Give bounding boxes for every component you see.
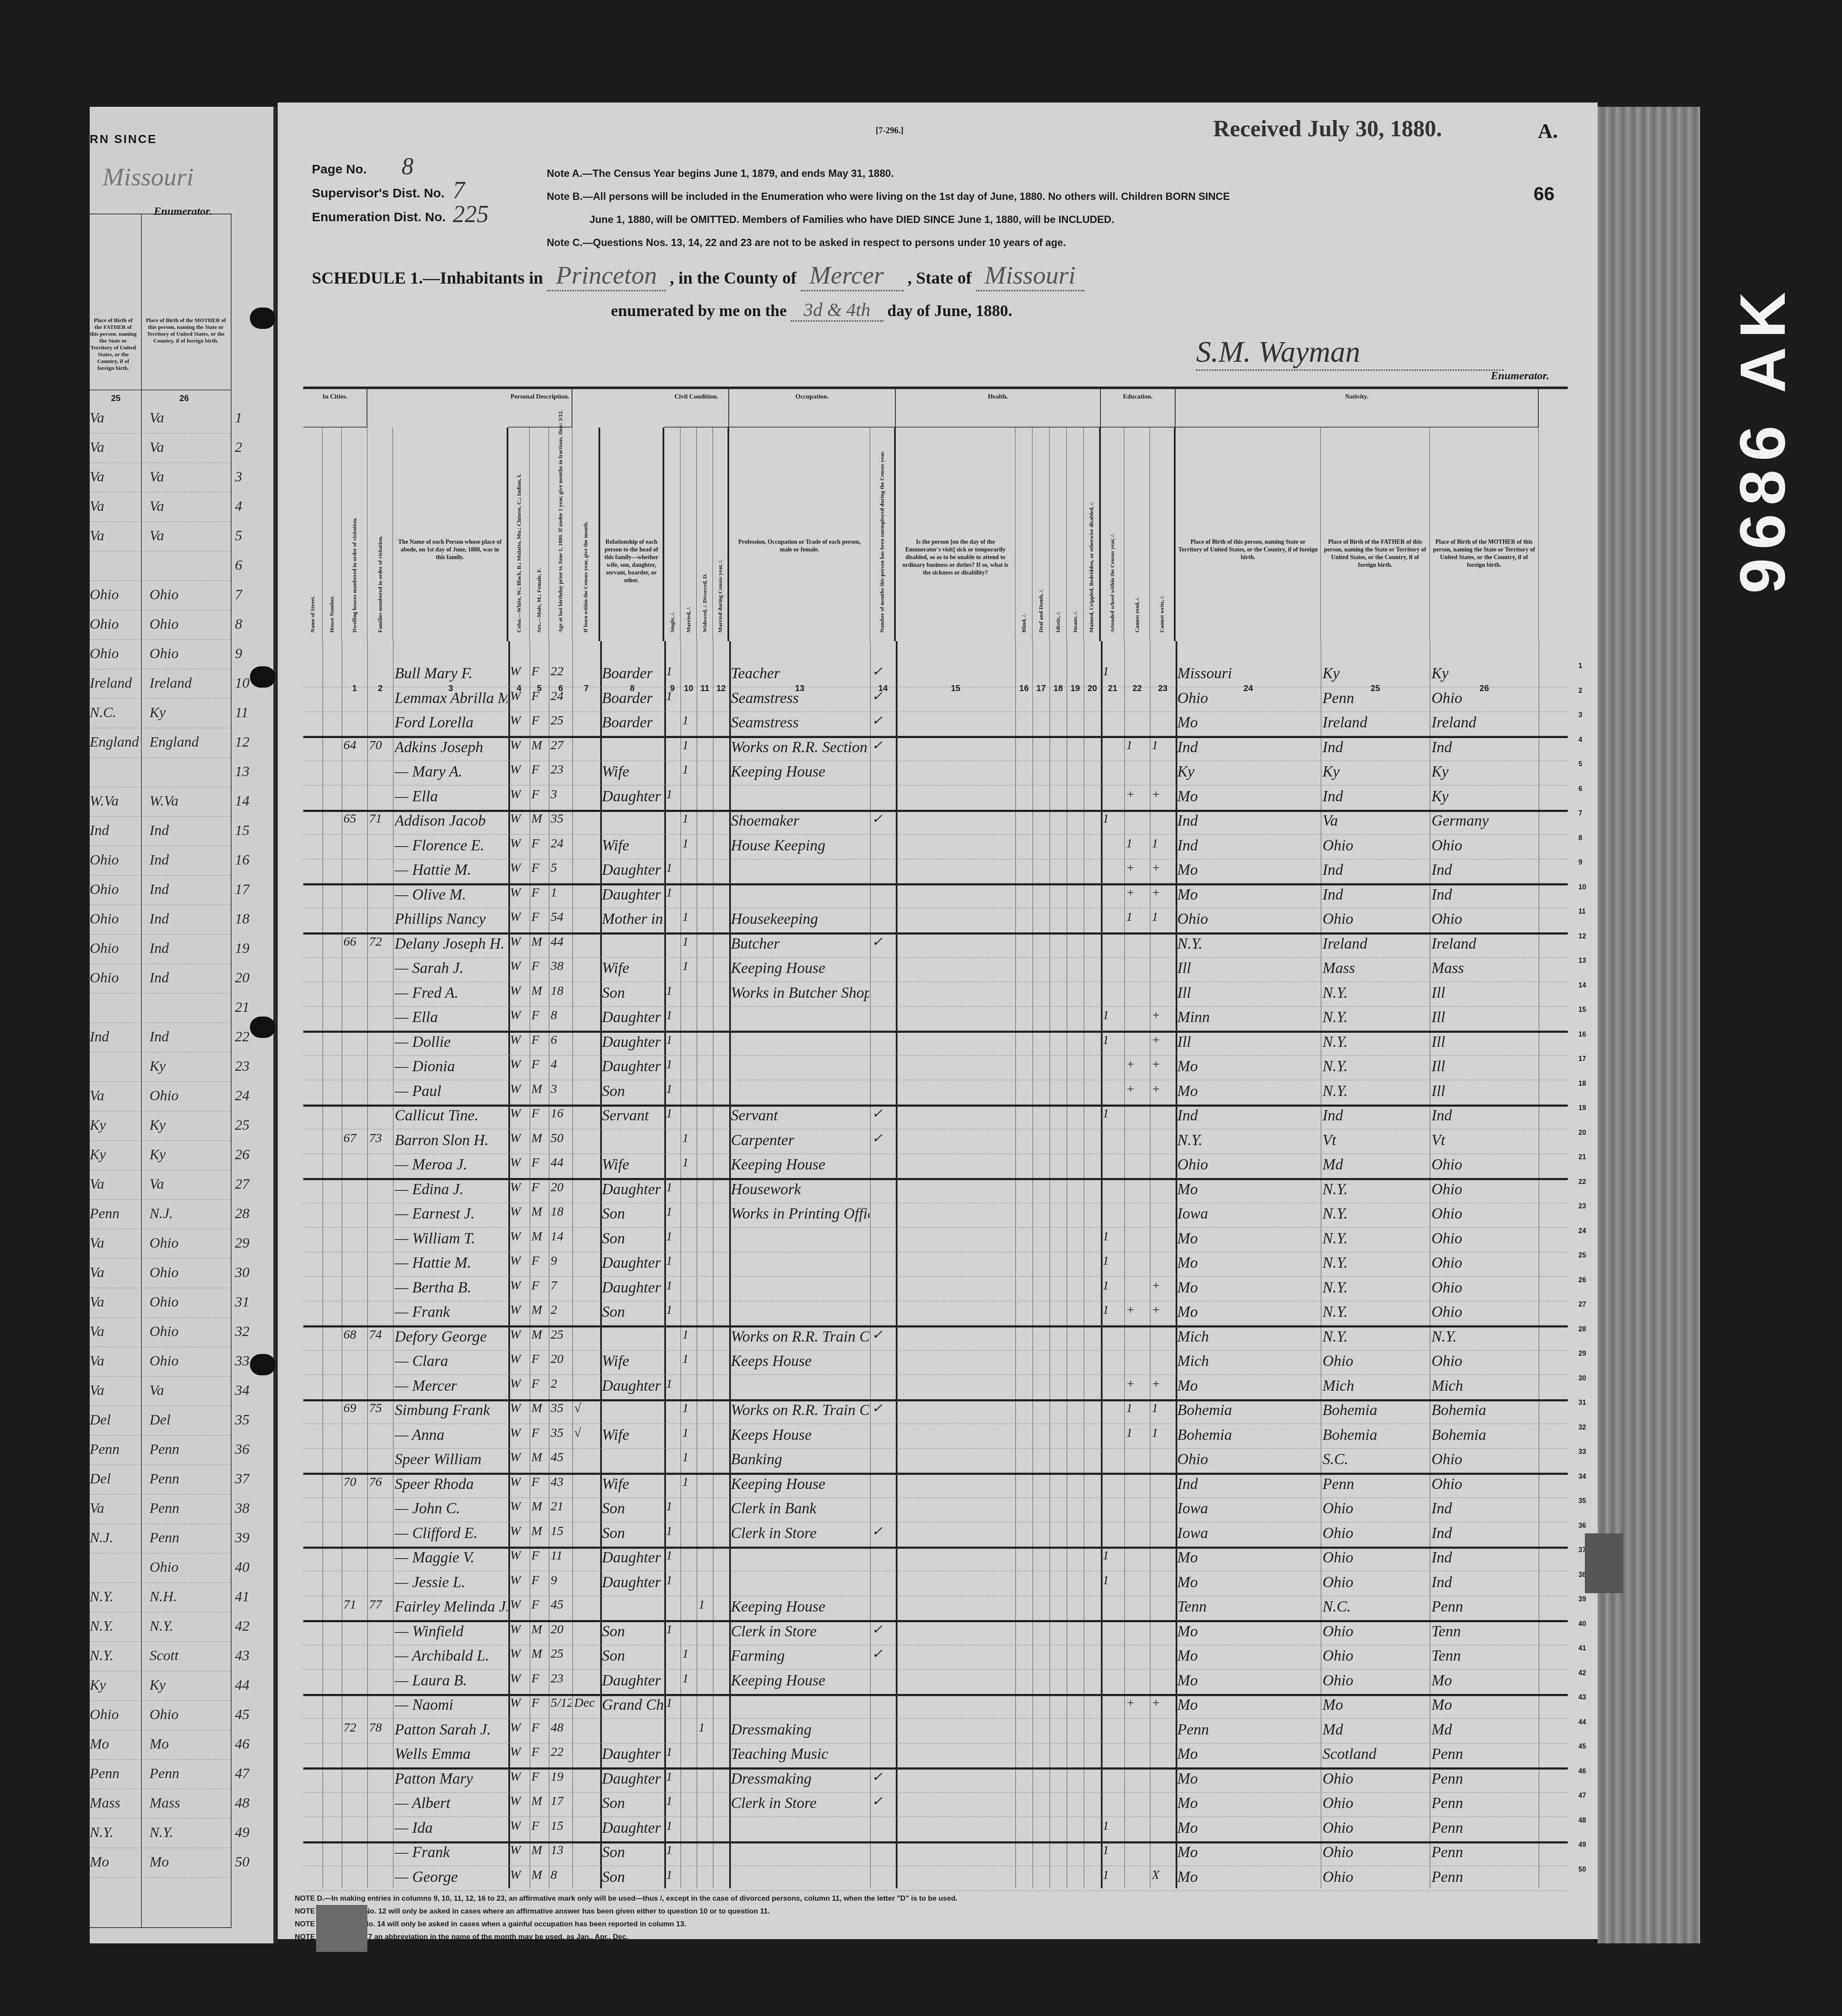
cell-father: Mass xyxy=(1323,959,1429,977)
cell-sex: M xyxy=(531,1229,548,1244)
left-cell-father: Ohio xyxy=(90,970,139,986)
cell-occ: Clerk in Store xyxy=(731,1524,869,1542)
left-row-number: 49 xyxy=(235,1825,249,1841)
column-label-text: Families numbered in order of visitation… xyxy=(377,536,384,633)
cell-rel: Daughter xyxy=(602,1278,663,1296)
cell-mother: Ireland xyxy=(1431,935,1538,952)
cell-rel: Wife xyxy=(602,1155,663,1173)
table-row: 6874Defory GeorgeWM251Works on R.R. Trai… xyxy=(303,1326,1568,1351)
cell-sex: M xyxy=(531,1794,548,1808)
cell-color: W xyxy=(510,812,529,826)
left-table-row: 13 xyxy=(90,760,231,787)
cell-read: 1 xyxy=(1126,836,1149,851)
table-row: 6571Addison JacobWM351Shoemaker✓1IndVaGe… xyxy=(303,810,1568,835)
left-table-row: W.VaW.Va14 xyxy=(90,790,231,817)
cell-write: X xyxy=(1152,1868,1175,1882)
left-row-number: 28 xyxy=(235,1206,249,1222)
column-group-education: Education. xyxy=(1101,389,1176,428)
cell-dw: 65 xyxy=(343,812,367,826)
cell-occ: Teaching Music xyxy=(731,1745,869,1763)
cell-name: — Frank xyxy=(395,1843,507,1861)
left-cell-father: N.Y. xyxy=(90,1618,139,1635)
enumerator-signature: S.M. Wayman xyxy=(1196,335,1504,371)
left-cell-father: Va xyxy=(90,1294,139,1310)
left-cell-father: Penn xyxy=(90,1206,139,1222)
cell-father: Ohio xyxy=(1323,1499,1429,1517)
cell-sex: F xyxy=(531,885,548,900)
cell-color: W xyxy=(510,1204,529,1219)
cell-school: 1 xyxy=(1103,1033,1123,1047)
cell-birth: Tenn xyxy=(1177,1597,1320,1615)
note-c: Note C.—Questions Nos. 13, 14, 22 and 23… xyxy=(547,231,1230,255)
cell-father: Scotland xyxy=(1323,1745,1429,1763)
cell-mother: Penn xyxy=(1431,1770,1538,1787)
cell-s: 1 xyxy=(666,1770,680,1784)
cell-color: W xyxy=(510,1499,529,1514)
cell-father: Ireland xyxy=(1323,935,1429,952)
row-number: 47 xyxy=(1578,1792,1586,1800)
left-row-number: 43 xyxy=(235,1648,249,1664)
row-number: 42 xyxy=(1578,1670,1586,1677)
cell-age: 3 xyxy=(551,787,572,802)
cell-sex: F xyxy=(531,1033,548,1047)
cell-father: Bohemia xyxy=(1323,1401,1429,1419)
column-header: Deaf and Dumb, /.17 xyxy=(1032,428,1050,641)
cell-father: Ky xyxy=(1323,664,1429,682)
page-letter: A. xyxy=(1538,120,1558,143)
cell-name: — Laura B. xyxy=(395,1671,507,1689)
cell-mother: Ohio xyxy=(1431,1204,1538,1222)
binder-ring xyxy=(250,308,276,329)
table-row: — Jessie L.WF9Daughter11MoOhioInd38 xyxy=(303,1571,1568,1596)
cell-color: W xyxy=(510,1647,529,1661)
cell-birth: Penn xyxy=(1177,1720,1320,1738)
cell-occ: Clerk in Store xyxy=(731,1794,869,1812)
cell-month: Dec xyxy=(574,1696,599,1710)
cell-fam: 71 xyxy=(369,812,392,826)
cell-color: W xyxy=(510,1278,529,1293)
cell-age: 54 xyxy=(551,910,572,924)
cell-father: Vt xyxy=(1323,1131,1429,1149)
cell-unemp: ✓ xyxy=(872,738,895,753)
table-row: — PaulWM3Son1++MoN.Y.Ill18 xyxy=(303,1080,1568,1107)
enumeration-date-line: enumerated by me on the 3d & 4th day of … xyxy=(611,299,1012,321)
cell-unemp: ✓ xyxy=(872,1327,895,1342)
cell-birth: Iowa xyxy=(1177,1499,1320,1517)
column-group-civil: Civil Condition. xyxy=(664,389,729,428)
cell-name: — Bertha B. xyxy=(395,1278,507,1296)
cell-mother: Penn xyxy=(1431,1819,1538,1837)
cell-age: 18 xyxy=(551,984,572,998)
table-row: Bull Mary F.WF22Boarder1Teacher✓1Missour… xyxy=(303,662,1568,687)
left-row-number: 2 xyxy=(235,440,242,456)
cell-write: 1 xyxy=(1152,836,1175,851)
left-table-row: VaOhio33 xyxy=(90,1350,231,1377)
left-cell-mother: Ind xyxy=(150,1029,229,1045)
left-cell-mother: Ky xyxy=(150,1677,229,1694)
row-number: 45 xyxy=(1578,1743,1586,1751)
cell-age: 5/12 xyxy=(551,1696,572,1710)
cell-occ: Shoemaker xyxy=(731,812,869,829)
cell-occ: Banking xyxy=(731,1450,869,1468)
cell-age: 25 xyxy=(551,1647,572,1661)
left-table-row: EnglandEngland12 xyxy=(90,731,231,758)
left-table-row: OhioInd20 xyxy=(90,967,231,993)
cell-color: W xyxy=(510,1303,529,1317)
left-table-row: VaVa4 xyxy=(90,495,231,522)
left-cell-father: Va xyxy=(90,1500,139,1517)
left-row-number: 9 xyxy=(235,646,242,662)
cell-birth: Ohio xyxy=(1177,1155,1320,1173)
cell-school: 1 xyxy=(1103,1278,1123,1293)
cell-birth: Mo xyxy=(1177,1229,1320,1247)
cell-age: 15 xyxy=(551,1819,572,1833)
cell-name: Delany Joseph H. xyxy=(395,935,507,952)
cell-birth: Mo xyxy=(1177,885,1320,903)
left-cell-father: Ohio xyxy=(90,587,139,603)
table-row: Wells EmmaWF22Daughter1Teaching MusicMoS… xyxy=(303,1743,1568,1770)
left-row-number: 47 xyxy=(235,1766,249,1782)
left-row-number: 5 xyxy=(235,528,242,544)
left-row-number: 35 xyxy=(235,1412,249,1428)
cell-name: — Edina J. xyxy=(395,1180,507,1198)
cell-write: + xyxy=(1152,1057,1175,1072)
cell-mother: Ohio xyxy=(1431,1352,1538,1370)
cell-name: Addison Jacob xyxy=(395,812,507,829)
table-row: — Archibald L.WM25Son1Farming✓MoOhioTenn… xyxy=(303,1645,1568,1670)
cell-age: 44 xyxy=(551,1155,572,1170)
cell-s: 1 xyxy=(666,1278,680,1293)
cell-father: Penn xyxy=(1323,689,1429,707)
cell-month: √ xyxy=(574,1401,599,1415)
note-d: NOTE D.—In making entries in columns 9, … xyxy=(295,1892,957,1905)
table-row: — Florence E.WF24Wife1House Keeping11Ind… xyxy=(303,835,1568,859)
cell-mother: Ohio xyxy=(1431,1180,1538,1198)
left-cell-mother: Ky xyxy=(150,705,229,721)
cell-age: 16 xyxy=(551,1106,572,1121)
cell-dw: 71 xyxy=(343,1597,367,1612)
cell-father: N.Y. xyxy=(1323,1229,1429,1247)
left-table-row: MoMo50 xyxy=(90,1851,231,1878)
cell-rel: Daughter xyxy=(602,1770,663,1787)
column-header: Blind, /.16 xyxy=(1015,428,1032,641)
left-row-number: 37 xyxy=(235,1471,249,1487)
left-cell-father: Ky xyxy=(90,1147,139,1163)
left-cell-father: Va xyxy=(90,498,139,515)
table-row: — Laura B.WF23Daughter in law1Keeping Ho… xyxy=(303,1670,1568,1696)
cell-m: 1 xyxy=(682,762,696,777)
cell-birth: Mo xyxy=(1177,713,1320,731)
left-row-number: 22 xyxy=(235,1029,249,1045)
cell-name: Adkins Joseph xyxy=(395,738,507,756)
cell-unemp: ✓ xyxy=(872,713,895,728)
column-label-text: Married, /. xyxy=(685,607,692,633)
cell-mother: Vt xyxy=(1431,1131,1538,1149)
cell-sex: F xyxy=(531,1720,548,1735)
cell-birth: Mo xyxy=(1177,861,1320,879)
cell-write: + xyxy=(1152,1033,1175,1047)
cell-color: W xyxy=(510,1131,529,1146)
left-row-number: 32 xyxy=(235,1324,249,1340)
cell-read: + xyxy=(1126,1057,1149,1072)
cell-sex: M xyxy=(531,1082,548,1096)
cell-sex: M xyxy=(531,1843,548,1858)
left-cell-father: Ohio xyxy=(90,1707,139,1723)
cell-age: 19 xyxy=(551,1770,572,1784)
cell-color: W xyxy=(510,1622,529,1637)
cell-mother: Mass xyxy=(1431,959,1538,977)
cell-occ: Seamstress xyxy=(731,689,869,707)
cell-father: N.Y. xyxy=(1323,1204,1429,1222)
cell-sex: M xyxy=(531,812,548,826)
cell-birth: Mo xyxy=(1177,1770,1320,1787)
table-row: — Meroa J.WF44Wife1Keeping HouseOhioMdOh… xyxy=(303,1154,1568,1180)
cell-rel: Wife xyxy=(602,762,663,780)
cell-write: 1 xyxy=(1152,738,1175,753)
cell-color: W xyxy=(510,1352,529,1366)
cell-birth: Mo xyxy=(1177,1843,1320,1861)
cell-s: 1 xyxy=(666,1548,680,1563)
cell-rel: Mother in law xyxy=(602,910,663,928)
cell-s: 1 xyxy=(666,1819,680,1833)
cell-unemp: ✓ xyxy=(872,812,895,826)
left-table-row: KyKy44 xyxy=(90,1674,231,1701)
cell-rel: Son xyxy=(602,984,663,1002)
cell-fam: 74 xyxy=(369,1327,392,1342)
cell-school: 1 xyxy=(1103,1868,1123,1882)
cell-color: W xyxy=(510,935,529,949)
cell-age: 45 xyxy=(551,1450,572,1465)
column-header: Families numbered in order of visitation… xyxy=(367,428,393,641)
cell-rel: Son xyxy=(602,1499,663,1517)
left-cell-mother: Ky xyxy=(150,1058,229,1075)
cell-occ: Butcher xyxy=(731,935,869,952)
cell-rel: Son xyxy=(602,1229,663,1247)
cell-rel: Boarder xyxy=(602,664,663,682)
cell-name: — Mercer xyxy=(395,1377,507,1395)
cell-color: W xyxy=(510,910,529,924)
left-cell-father: W.Va xyxy=(90,793,139,809)
left-cell-mother: Penn xyxy=(150,1530,229,1546)
row-number: 29 xyxy=(1578,1350,1586,1358)
row-number: 14 xyxy=(1578,982,1586,990)
cell-s: 1 xyxy=(666,1794,680,1808)
row-number: 22 xyxy=(1578,1178,1586,1186)
binder-ring xyxy=(250,1354,276,1375)
cell-father: Md xyxy=(1323,1155,1429,1173)
cell-sex: F xyxy=(531,861,548,875)
cell-father: Ohio xyxy=(1323,1548,1429,1566)
left-cell-father: Del xyxy=(90,1412,139,1428)
cell-school: 1 xyxy=(1103,1106,1123,1121)
column-label-text: Number of months this person has been un… xyxy=(879,451,886,633)
left-row-number: 44 xyxy=(235,1677,249,1694)
cell-m: 1 xyxy=(682,1155,696,1170)
column-group-health: Health. xyxy=(896,389,1101,428)
left-cell-father: Va xyxy=(90,410,139,426)
left-table-row: PennPenn36 xyxy=(90,1438,231,1465)
row-number: 25 xyxy=(1578,1252,1586,1260)
cell-sex: M xyxy=(531,1622,548,1637)
row-number: 12 xyxy=(1578,933,1586,941)
cell-sex: F xyxy=(531,1671,548,1686)
cell-birth: Bohemia xyxy=(1177,1401,1320,1419)
note-b-continued: June 1, 1880, will be OMITTED. Members o… xyxy=(547,208,1230,231)
cell-mother: Germany xyxy=(1431,812,1538,829)
cell-school: 1 xyxy=(1103,664,1123,679)
left-row-number: 12 xyxy=(235,734,249,750)
cell-name: — Hattie M. xyxy=(395,1254,507,1272)
cell-m: 1 xyxy=(682,812,696,826)
left-row-number: 10 xyxy=(235,675,249,692)
cell-birth: Mich xyxy=(1177,1327,1320,1345)
left-cell-father: N.Y. xyxy=(90,1648,139,1664)
cell-sex: F xyxy=(531,1819,548,1833)
cell-mother: Ohio xyxy=(1431,910,1538,928)
row-number: 40 xyxy=(1578,1620,1586,1628)
cell-birth: Mo xyxy=(1177,1868,1320,1886)
table-row: — DioniaWF4Daughter1++MoN.Y.Ill17 xyxy=(303,1055,1568,1080)
table-row: — EllaWF3Daughter1++MoIndKy6 xyxy=(303,785,1568,812)
cell-name: — Ella xyxy=(395,1008,507,1026)
cell-sex: F xyxy=(531,1770,548,1784)
cell-mother: Penn xyxy=(1431,1745,1538,1763)
cell-occ: Farming xyxy=(731,1647,869,1664)
cell-birth: Ind xyxy=(1177,1106,1320,1124)
table-row: Callicut Tine.WF16Servant1Servant✓1IndIn… xyxy=(303,1105,1568,1129)
cell-unemp: ✓ xyxy=(872,1647,895,1661)
cell-name: — Frank xyxy=(395,1303,507,1321)
cell-mother: Ohio xyxy=(1431,836,1538,854)
cell-name: Bull Mary F. xyxy=(395,664,507,682)
cell-father: N.Y. xyxy=(1323,1008,1429,1026)
left-row-number: 19 xyxy=(235,941,249,957)
cell-sex: F xyxy=(531,713,548,728)
cell-mother: Bohemia xyxy=(1431,1401,1538,1419)
left-cell-mother: Penn xyxy=(150,1766,229,1782)
cell-color: W xyxy=(510,885,529,900)
cell-birth: Ind xyxy=(1177,738,1320,756)
cell-rel: Daughter xyxy=(602,885,663,903)
cell-occ: Keeping House xyxy=(731,959,869,977)
cell-father: Ohio xyxy=(1323,1647,1429,1664)
table-row: — AlbertWM17Son1Clerk in Store✓MoOhioPen… xyxy=(303,1792,1568,1817)
left-table-row: OhioOhio8 xyxy=(90,613,231,640)
cell-age: 4 xyxy=(551,1057,572,1072)
form-code: [7-296.] xyxy=(876,126,903,136)
cell-mother: Ky xyxy=(1431,664,1538,682)
cell-name: — Jessie L. xyxy=(395,1573,507,1591)
row-number: 21 xyxy=(1578,1154,1586,1161)
row-number: 30 xyxy=(1578,1375,1586,1383)
column-label-text: Cannot read, /. xyxy=(1134,597,1141,633)
left-row-number: 33 xyxy=(235,1353,249,1369)
left-cell-father: Va xyxy=(90,1353,139,1369)
cell-mother: Ind xyxy=(1431,1548,1538,1566)
cell-color: W xyxy=(510,1180,529,1195)
left-table-row: OhioInd17 xyxy=(90,878,231,905)
left-cell-mother: England xyxy=(150,734,229,750)
column-label-text: Maimed, Crippled, Bedridden, or otherwis… xyxy=(1088,502,1095,633)
column-header: Attended school within the Census year, … xyxy=(1101,428,1124,641)
column-header: Number of months this person has been un… xyxy=(870,428,896,641)
state-value: Missouri xyxy=(976,261,1084,291)
binder-ring xyxy=(250,666,276,688)
cell-mother: Ky xyxy=(1431,787,1538,805)
left-cell-mother: Ohio xyxy=(150,616,229,633)
cell-occ: Housework xyxy=(731,1180,869,1198)
left-facing-page: RN SINCE Missouri Enumerator. Place of B… xyxy=(90,107,277,1943)
cell-s: 1 xyxy=(666,1033,680,1047)
row-number: 2 xyxy=(1578,687,1582,695)
column-label-text: Color.—White, W.; Black, B.; Mulatto, Mu… xyxy=(516,474,522,633)
cell-dw: 64 xyxy=(343,738,367,753)
cell-age: 21 xyxy=(551,1499,572,1514)
left-cell-mother: Ohio xyxy=(150,646,229,662)
cell-rel: Wife xyxy=(602,1475,663,1493)
cell-unemp: ✓ xyxy=(872,1401,895,1416)
cell-read: 1 xyxy=(1126,1401,1149,1415)
cell-read: + xyxy=(1126,885,1149,900)
left-table-row: VaOhio29 xyxy=(90,1232,231,1259)
left-cell-mother: W.Va xyxy=(150,793,229,809)
column-header: Place of Birth of the FATHER of this per… xyxy=(1321,428,1430,641)
cell-color: W xyxy=(510,762,529,777)
table-row: — Mary A.WF23Wife1Keeping HouseKyKyKy5 xyxy=(303,761,1568,785)
cell-name: Patton Sarah J. xyxy=(395,1720,507,1738)
cell-sex: M xyxy=(531,935,548,949)
cell-m: 1 xyxy=(682,959,696,973)
table-row: — Edina J.WF20Daughter1HouseworkMoN.Y.Oh… xyxy=(303,1178,1568,1203)
cell-m: 1 xyxy=(682,713,696,728)
cell-father: Ind xyxy=(1323,738,1429,756)
table-row: — FrankWM13Son11MoOhioPenn49 xyxy=(303,1841,1568,1866)
cell-mother: Ill xyxy=(1431,984,1538,1002)
table-row: — Olive M.WF1Daughter1++MoIndInd10 xyxy=(303,884,1568,908)
cell-write: + xyxy=(1152,1696,1175,1710)
cell-color: W xyxy=(510,984,529,998)
left-table-row: N.J.Penn39 xyxy=(90,1527,231,1553)
cell-color: W xyxy=(510,1106,529,1121)
cell-rel: Daughter xyxy=(602,1033,663,1051)
cell-mother: Ill xyxy=(1431,1033,1538,1051)
cell-rel: Son xyxy=(602,1303,663,1321)
cell-school: 1 xyxy=(1103,1548,1123,1563)
cell-age: 13 xyxy=(551,1843,572,1858)
cell-read: 1 xyxy=(1126,910,1149,924)
cell-color: W xyxy=(510,1033,529,1047)
cell-sex: M xyxy=(531,1327,548,1342)
cell-age: 3 xyxy=(551,1082,572,1096)
table-row: — Hattie M.WF5Daughter1++MoIndInd9 xyxy=(303,859,1568,885)
cell-unemp: ✓ xyxy=(872,1622,895,1637)
row-number: 33 xyxy=(1578,1448,1586,1456)
cell-age: 2 xyxy=(551,1377,572,1391)
left-table-row: VaOhio30 xyxy=(90,1261,231,1288)
table-row: Speer WilliamWM451BankingOhioS.C.Ohio33 xyxy=(303,1448,1568,1475)
left-table-row: KyKy26 xyxy=(90,1143,231,1170)
table-row: — Bertha B.WF7Daughter11+MoN.Y.Ohio26 xyxy=(303,1277,1568,1301)
cell-age: 38 xyxy=(551,959,572,973)
column-header: Dwelling houses numbered in order of vis… xyxy=(342,428,367,641)
cell-name: Defory George xyxy=(395,1327,507,1345)
table-row: 6975Simbung FrankWM35√1Works on R.R. Tra… xyxy=(303,1399,1568,1424)
cell-sex: F xyxy=(531,1426,548,1440)
cell-color: W xyxy=(510,738,529,753)
cell-father: Ohio xyxy=(1323,1573,1429,1591)
row-number: 20 xyxy=(1578,1129,1586,1137)
cell-birth: Bohemia xyxy=(1177,1426,1320,1444)
